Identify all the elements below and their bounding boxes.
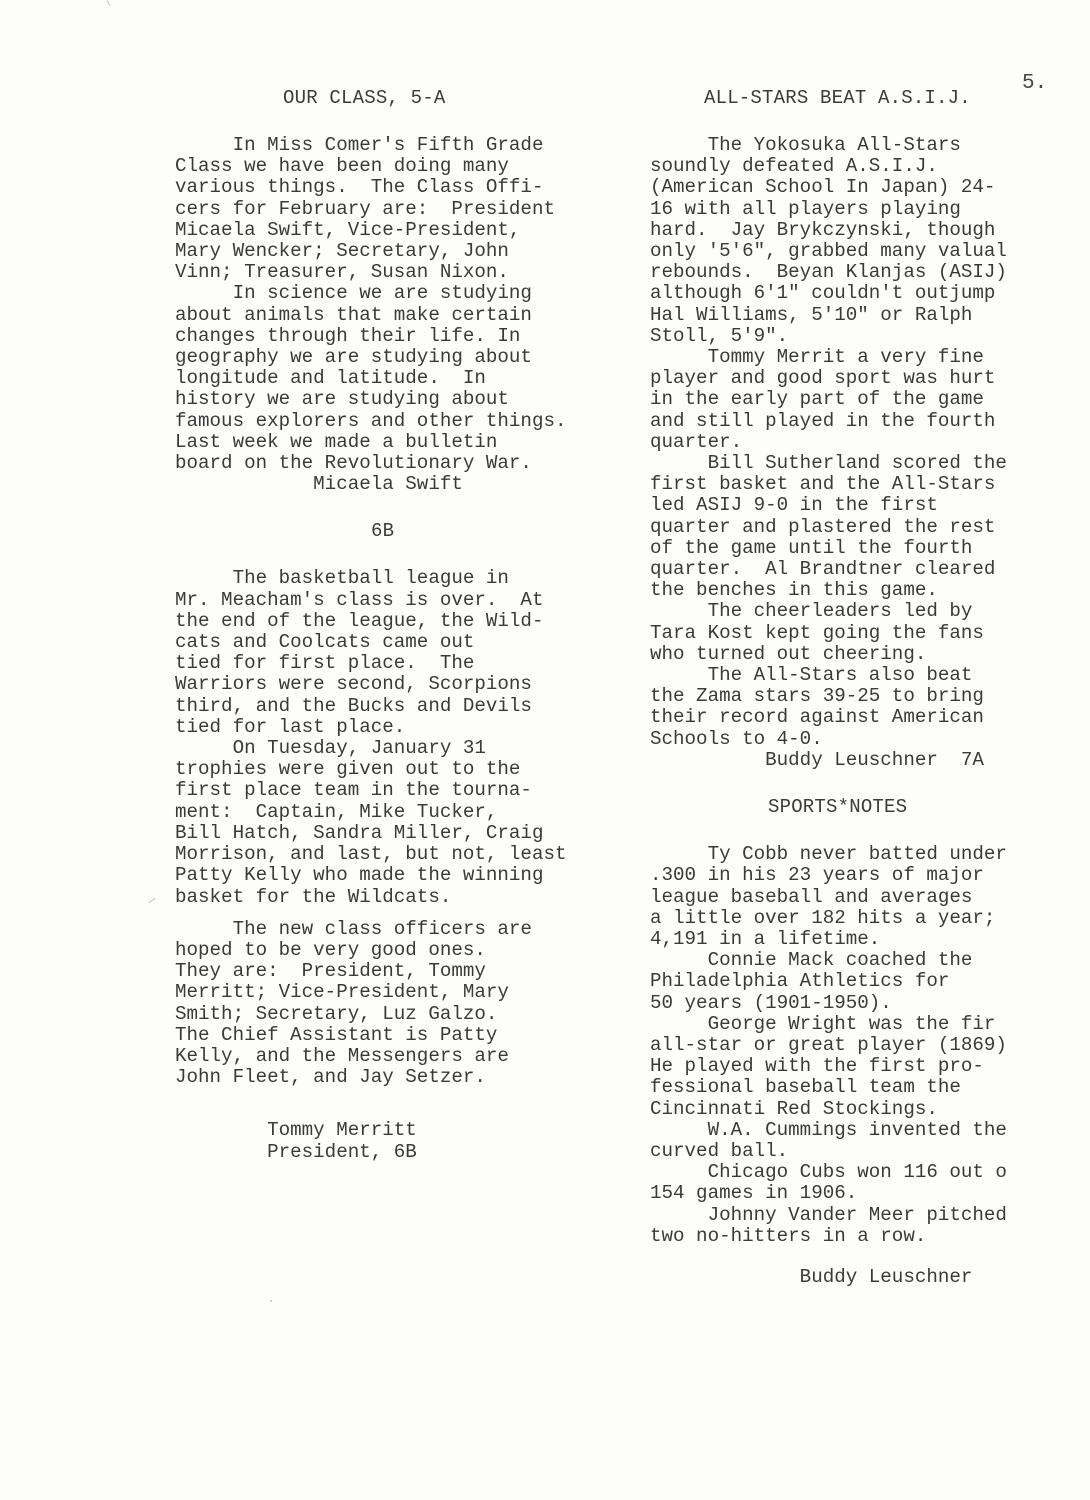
text-line: rebounds. Beyan Klanjas (ASIJ) (650, 262, 1090, 283)
text-line: changes through their life. In (175, 326, 635, 347)
text-line: Kelly, and the Messengers are (175, 1046, 635, 1067)
text-line: 4,191 in a lifetime. (650, 929, 1090, 950)
text-line: the end of the league, the Wild- (175, 611, 635, 632)
article-body: Ty Cobb never batted under.300 in his 23… (650, 844, 1090, 1247)
text-line: quarter and plastered the rest (650, 517, 1090, 538)
author-signature: Micaela Swift (175, 474, 635, 495)
article-6b: 6B The basketball league inMr. Meacham's… (175, 521, 635, 1162)
text-line: The new class officers are (175, 919, 635, 940)
text-line: Schools to 4-0. (650, 729, 1090, 750)
article-our-class-5a: OUR CLASS, 5-A In Miss Comer's Fifth Gra… (175, 88, 635, 495)
text-line: although 6'1" couldn't outjump (650, 283, 1090, 304)
article-sports-notes: SPORTS*NOTES Ty Cobb never batted under.… (650, 797, 1090, 1288)
text-line: various things. The Class Offi- (175, 177, 635, 198)
text-line: quarter. Al Brandtner cleared (650, 559, 1090, 580)
text-line: George Wright was the fir (650, 1014, 1090, 1035)
text-line: geography we are studying about (175, 347, 635, 368)
text-line: The All-Stars also beat (650, 665, 1090, 686)
headline-sports-notes: SPORTS*NOTES (650, 797, 1090, 818)
text-line: Vinn; Treasurer, Susan Nixon. (175, 262, 635, 283)
text-line: Merritt; Vice-President, Mary (175, 982, 635, 1003)
text-line: the benches in this game. (650, 580, 1090, 601)
text-line: third, and the Bucks and Devils (175, 696, 635, 717)
text-line: The Chief Assistant is Patty (175, 1025, 635, 1046)
text-line: Chicago Cubs won 116 out o (650, 1162, 1090, 1183)
text-line: Micaela Swift, Vice-President, (175, 220, 635, 241)
text-line: and still played in the fourth (650, 411, 1090, 432)
article-all-stars: ALL-STARS BEAT A.S.I.J. The Yokosuka All… (650, 88, 1090, 771)
headline-all-stars: ALL-STARS BEAT A.S.I.J. (650, 88, 1090, 109)
text-line: only '5'6", grabbed many valual (650, 241, 1090, 262)
text-line: On Tuesday, January 31 (175, 738, 635, 759)
author-title: President, 6B (175, 1142, 635, 1163)
text-line: player and good sport was hurt (650, 368, 1090, 389)
text-line: Smith; Secretary, Luz Galzo. (175, 1004, 635, 1025)
headline-our-class: OUR CLASS, 5-A (175, 88, 635, 109)
text-line: In science we are studying (175, 283, 635, 304)
text-line: Ty Cobb never batted under (650, 844, 1090, 865)
text-line: first basket and the All-Stars (650, 474, 1090, 495)
text-line: Connie Mack coached the (650, 950, 1090, 971)
article-body: The Yokosuka All-Starssoundly defeated A… (650, 135, 1090, 750)
text-line: (American School In Japan) 24- (650, 177, 1090, 198)
text-line: soundly defeated A.S.I.J. (650, 156, 1090, 177)
text-line: Mary Wencker; Secretary, John (175, 241, 635, 262)
text-line: Tommy Merrit a very fine (650, 347, 1090, 368)
text-line: Last week we made a bulletin (175, 432, 635, 453)
scan-mark (148, 898, 155, 903)
right-column: ALL-STARS BEAT A.S.I.J. The Yokosuka All… (650, 88, 1090, 1288)
text-line: who turned out cheering. (650, 644, 1090, 665)
text-line: board on the Revolutionary War. (175, 453, 635, 474)
text-line: a little over 182 hits a year; (650, 908, 1090, 929)
text-line: John Fleet, and Jay Setzer. (175, 1067, 635, 1088)
text-line: Philadelphia Athletics for (650, 971, 1090, 992)
text-line: quarter. (650, 432, 1090, 453)
text-line: two no-hitters in a row. (650, 1226, 1090, 1247)
text-line: Tara Kost kept going the fans (650, 623, 1090, 644)
text-line: cers for February are: President (175, 199, 635, 220)
text-line: Hal Williams, 5'10" or Ralph (650, 305, 1090, 326)
text-line: Class we have been doing many (175, 156, 635, 177)
article-body: The basketball league inMr. Meacham's cl… (175, 568, 635, 907)
text-line: Bill Hatch, Sandra Miller, Craig (175, 823, 635, 844)
text-line: league baseball and averages (650, 887, 1090, 908)
text-line: .300 in his 23 years of major (650, 865, 1090, 886)
text-line: all-star or great player (1869) (650, 1035, 1090, 1056)
text-line: history we are studying about (175, 389, 635, 410)
scan-mark (270, 1300, 272, 1302)
text-line: Bill Sutherland scored the (650, 453, 1090, 474)
text-line: Stoll, 5'9". (650, 326, 1090, 347)
text-line: Morrison, and last, but not, least (175, 844, 635, 865)
text-line: Cincinnati Red Stockings. (650, 1099, 1090, 1120)
article-body: In Miss Comer's Fifth GradeClass we have… (175, 135, 635, 474)
text-line: led ASIJ 9-0 in the first (650, 495, 1090, 516)
text-line: Warriors were second, Scorpions (175, 674, 635, 695)
text-line: cats and Coolcats came out (175, 632, 635, 653)
text-line: curved ball. (650, 1141, 1090, 1162)
left-column: OUR CLASS, 5-A In Miss Comer's Fifth Gra… (175, 88, 635, 1163)
article-body: The new class officers arehoped to be ve… (175, 919, 635, 1089)
author-signature: Buddy Leuschner 7A (650, 750, 1090, 771)
text-line: the Zama stars 39-25 to bring (650, 686, 1090, 707)
text-line: their record against American (650, 707, 1090, 728)
text-line: W.A. Cummings invented the (650, 1120, 1090, 1141)
text-line: Patty Kelly who made the winning (175, 865, 635, 886)
text-line: 16 with all players playing (650, 199, 1090, 220)
text-line: Mr. Meacham's class is over. At (175, 590, 635, 611)
text-line: He played with the first pro- (650, 1056, 1090, 1077)
scan-mark (107, 0, 111, 6)
text-line: basket for the Wildcats. (175, 887, 635, 908)
text-line: Johnny Vander Meer pitched (650, 1205, 1090, 1226)
text-line: The Yokosuka All-Stars (650, 135, 1090, 156)
author-signature: Buddy Leuschner (650, 1267, 1090, 1288)
text-line: The basketball league in (175, 568, 635, 589)
text-line: trophies were given out to the (175, 759, 635, 780)
text-line: of the game until the fourth (650, 538, 1090, 559)
text-line: 154 games in 1906. (650, 1183, 1090, 1204)
text-line: The cheerleaders led by (650, 601, 1090, 622)
text-line: ment: Captain, Mike Tucker, (175, 802, 635, 823)
text-line: fessional baseball team the (650, 1077, 1090, 1098)
text-line: hoped to be very good ones. (175, 940, 635, 961)
text-line: famous explorers and other things. (175, 411, 635, 432)
text-line: in the early part of the game (650, 389, 1090, 410)
text-line: first place team in the tourna- (175, 780, 635, 801)
text-line: In Miss Comer's Fifth Grade (175, 135, 635, 156)
text-line: They are: President, Tommy (175, 961, 635, 982)
text-line: 50 years (1901-1950). (650, 993, 1090, 1014)
author-name: Tommy Merritt (175, 1120, 635, 1141)
text-line: longitude and latitude. In (175, 368, 635, 389)
text-line: tied for last place. (175, 717, 635, 738)
headline-6b: 6B (175, 521, 635, 542)
text-line: tied for first place. The (175, 653, 635, 674)
text-line: hard. Jay Brykczynski, though (650, 220, 1090, 241)
text-line: about animals that make certain (175, 305, 635, 326)
